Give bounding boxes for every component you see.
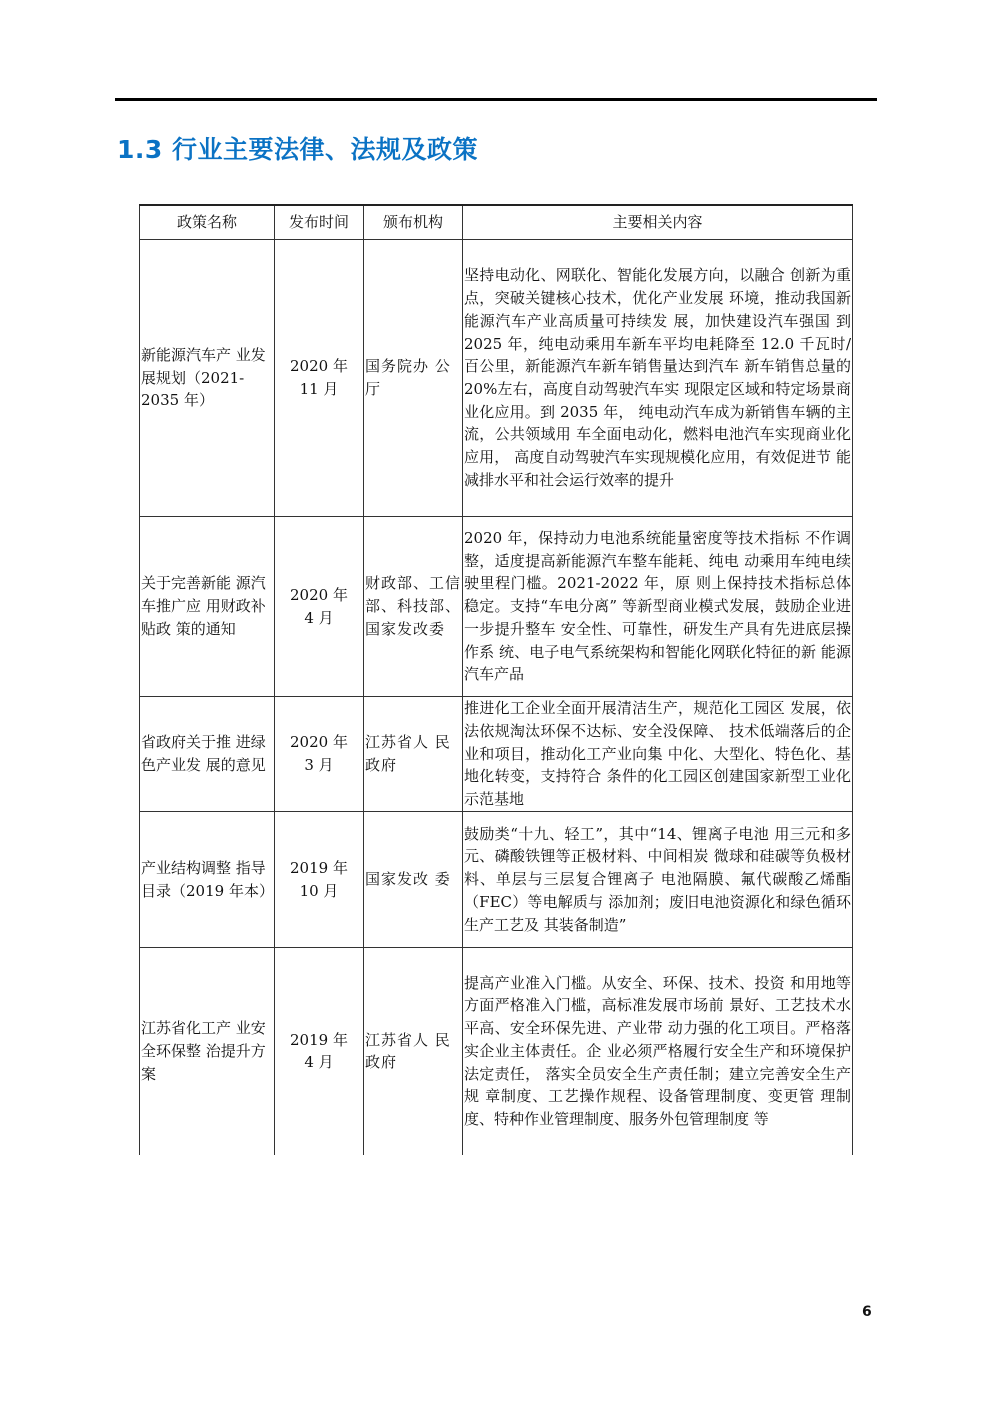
- issuing-authority: 国家发改 委: [364, 812, 463, 948]
- release-month: 10 月: [276, 880, 362, 903]
- issuing-authority: 财政部、工信部、科技部、国家发改委: [364, 517, 463, 697]
- policy-name: 产业结构调整 指导目录（2019 年本）: [140, 812, 275, 948]
- policy-name: 江苏省化工产 业安全环保整 治提升方案: [140, 948, 275, 1155]
- header-policy-name: 政策名称: [140, 205, 275, 240]
- release-year: 2020 年: [276, 584, 362, 607]
- policy-name: 省政府关于推 进绿色产业发 展的意见: [140, 697, 275, 812]
- policy-table: 政策名称 发布时间 颁布机构 主要相关内容 新能源汽车产 业发展规划（2021-…: [139, 204, 853, 1155]
- release-year: 2020 年: [276, 731, 362, 754]
- release-year: 2019 年: [276, 857, 362, 880]
- table-row: 新能源汽车产 业发展规划（2021-2035 年） 2020 年 11 月 国务…: [140, 240, 853, 517]
- issuing-authority: 国务院办 公厅: [364, 240, 463, 517]
- policy-content: 提高产业准入门槛。从安全、环保、技术、投资 和用地等方面严格准入门槛，高标准发展…: [463, 948, 853, 1155]
- header-rule: [115, 98, 877, 101]
- section-title: 1.3 行业主要法律、法规及政策: [117, 130, 478, 166]
- issuing-authority: 江苏省人 民政府: [364, 697, 463, 812]
- policy-content: 鼓励类“十九、轻工”，其中“14、锂离子电池 用三元和多元、磷酸铁锂等正极材料、…: [463, 812, 853, 948]
- table-row: 产业结构调整 指导目录（2019 年本） 2019 年 10 月 国家发改 委 …: [140, 812, 853, 948]
- table-row: 江苏省化工产 业安全环保整 治提升方案 2019 年 4 月 江苏省人 民政府 …: [140, 948, 853, 1155]
- policy-name: 关于完善新能 源汽车推广应 用财政补贴政 策的通知: [140, 517, 275, 697]
- release-date: 2020 年 11 月: [275, 240, 364, 517]
- table-header-row: 政策名称 发布时间 颁布机构 主要相关内容: [140, 205, 853, 240]
- policy-content: 坚持电动化、网联化、智能化发展方向，以融合 创新为重点，突破关键核心技术，优化产…: [463, 240, 853, 517]
- issuing-authority: 江苏省人 民政府: [364, 948, 463, 1155]
- release-year: 2020 年: [276, 355, 362, 378]
- policy-content: 推进化工企业全面开展清洁生产，规范化工园区 发展，依法依规淘汰环保不达标、安全没…: [463, 697, 853, 812]
- header-release-date: 发布时间: [275, 205, 364, 240]
- release-date: 2020 年 3 月: [275, 697, 364, 812]
- table-row: 省政府关于推 进绿色产业发 展的意见 2020 年 3 月 江苏省人 民政府 推…: [140, 697, 853, 812]
- header-issuing-authority: 颁布机构: [364, 205, 463, 240]
- page-number: 6: [862, 1304, 872, 1320]
- release-date: 2019 年 10 月: [275, 812, 364, 948]
- release-date: 2020 年 4 月: [275, 517, 364, 697]
- policy-name: 新能源汽车产 业发展规划（2021-2035 年）: [140, 240, 275, 517]
- release-month: 11 月: [276, 378, 362, 401]
- policy-content: 2020 年，保持动力电池系统能量密度等技术指标 不作调整，适度提高新能源汽车整…: [463, 517, 853, 697]
- release-month: 4 月: [276, 607, 362, 630]
- header-main-content: 主要相关内容: [463, 205, 853, 240]
- release-year: 2019 年: [276, 1029, 362, 1052]
- release-date: 2019 年 4 月: [275, 948, 364, 1155]
- release-month: 3 月: [276, 754, 362, 777]
- table-row: 关于完善新能 源汽车推广应 用财政补贴政 策的通知 2020 年 4 月 财政部…: [140, 517, 853, 697]
- release-month: 4 月: [276, 1051, 362, 1074]
